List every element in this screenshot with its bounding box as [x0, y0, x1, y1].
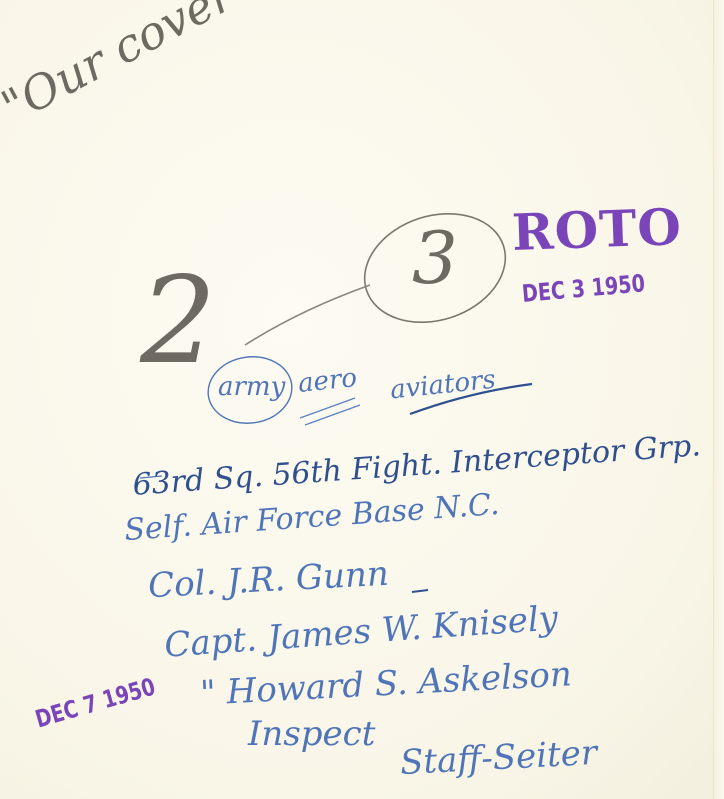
note-line-inspect: Inspect — [248, 714, 375, 754]
pencil-number-3-circled: 3 — [412, 222, 458, 294]
note-aero: aero — [297, 363, 359, 399]
photo-back: "Our cover" 2 3 ROTO DEC 3 1950 army aer… — [0, 0, 724, 799]
roto-stamp: ROTO — [511, 197, 683, 262]
note-army: army — [218, 372, 285, 402]
pencil-number-2: 2 — [140, 262, 216, 382]
